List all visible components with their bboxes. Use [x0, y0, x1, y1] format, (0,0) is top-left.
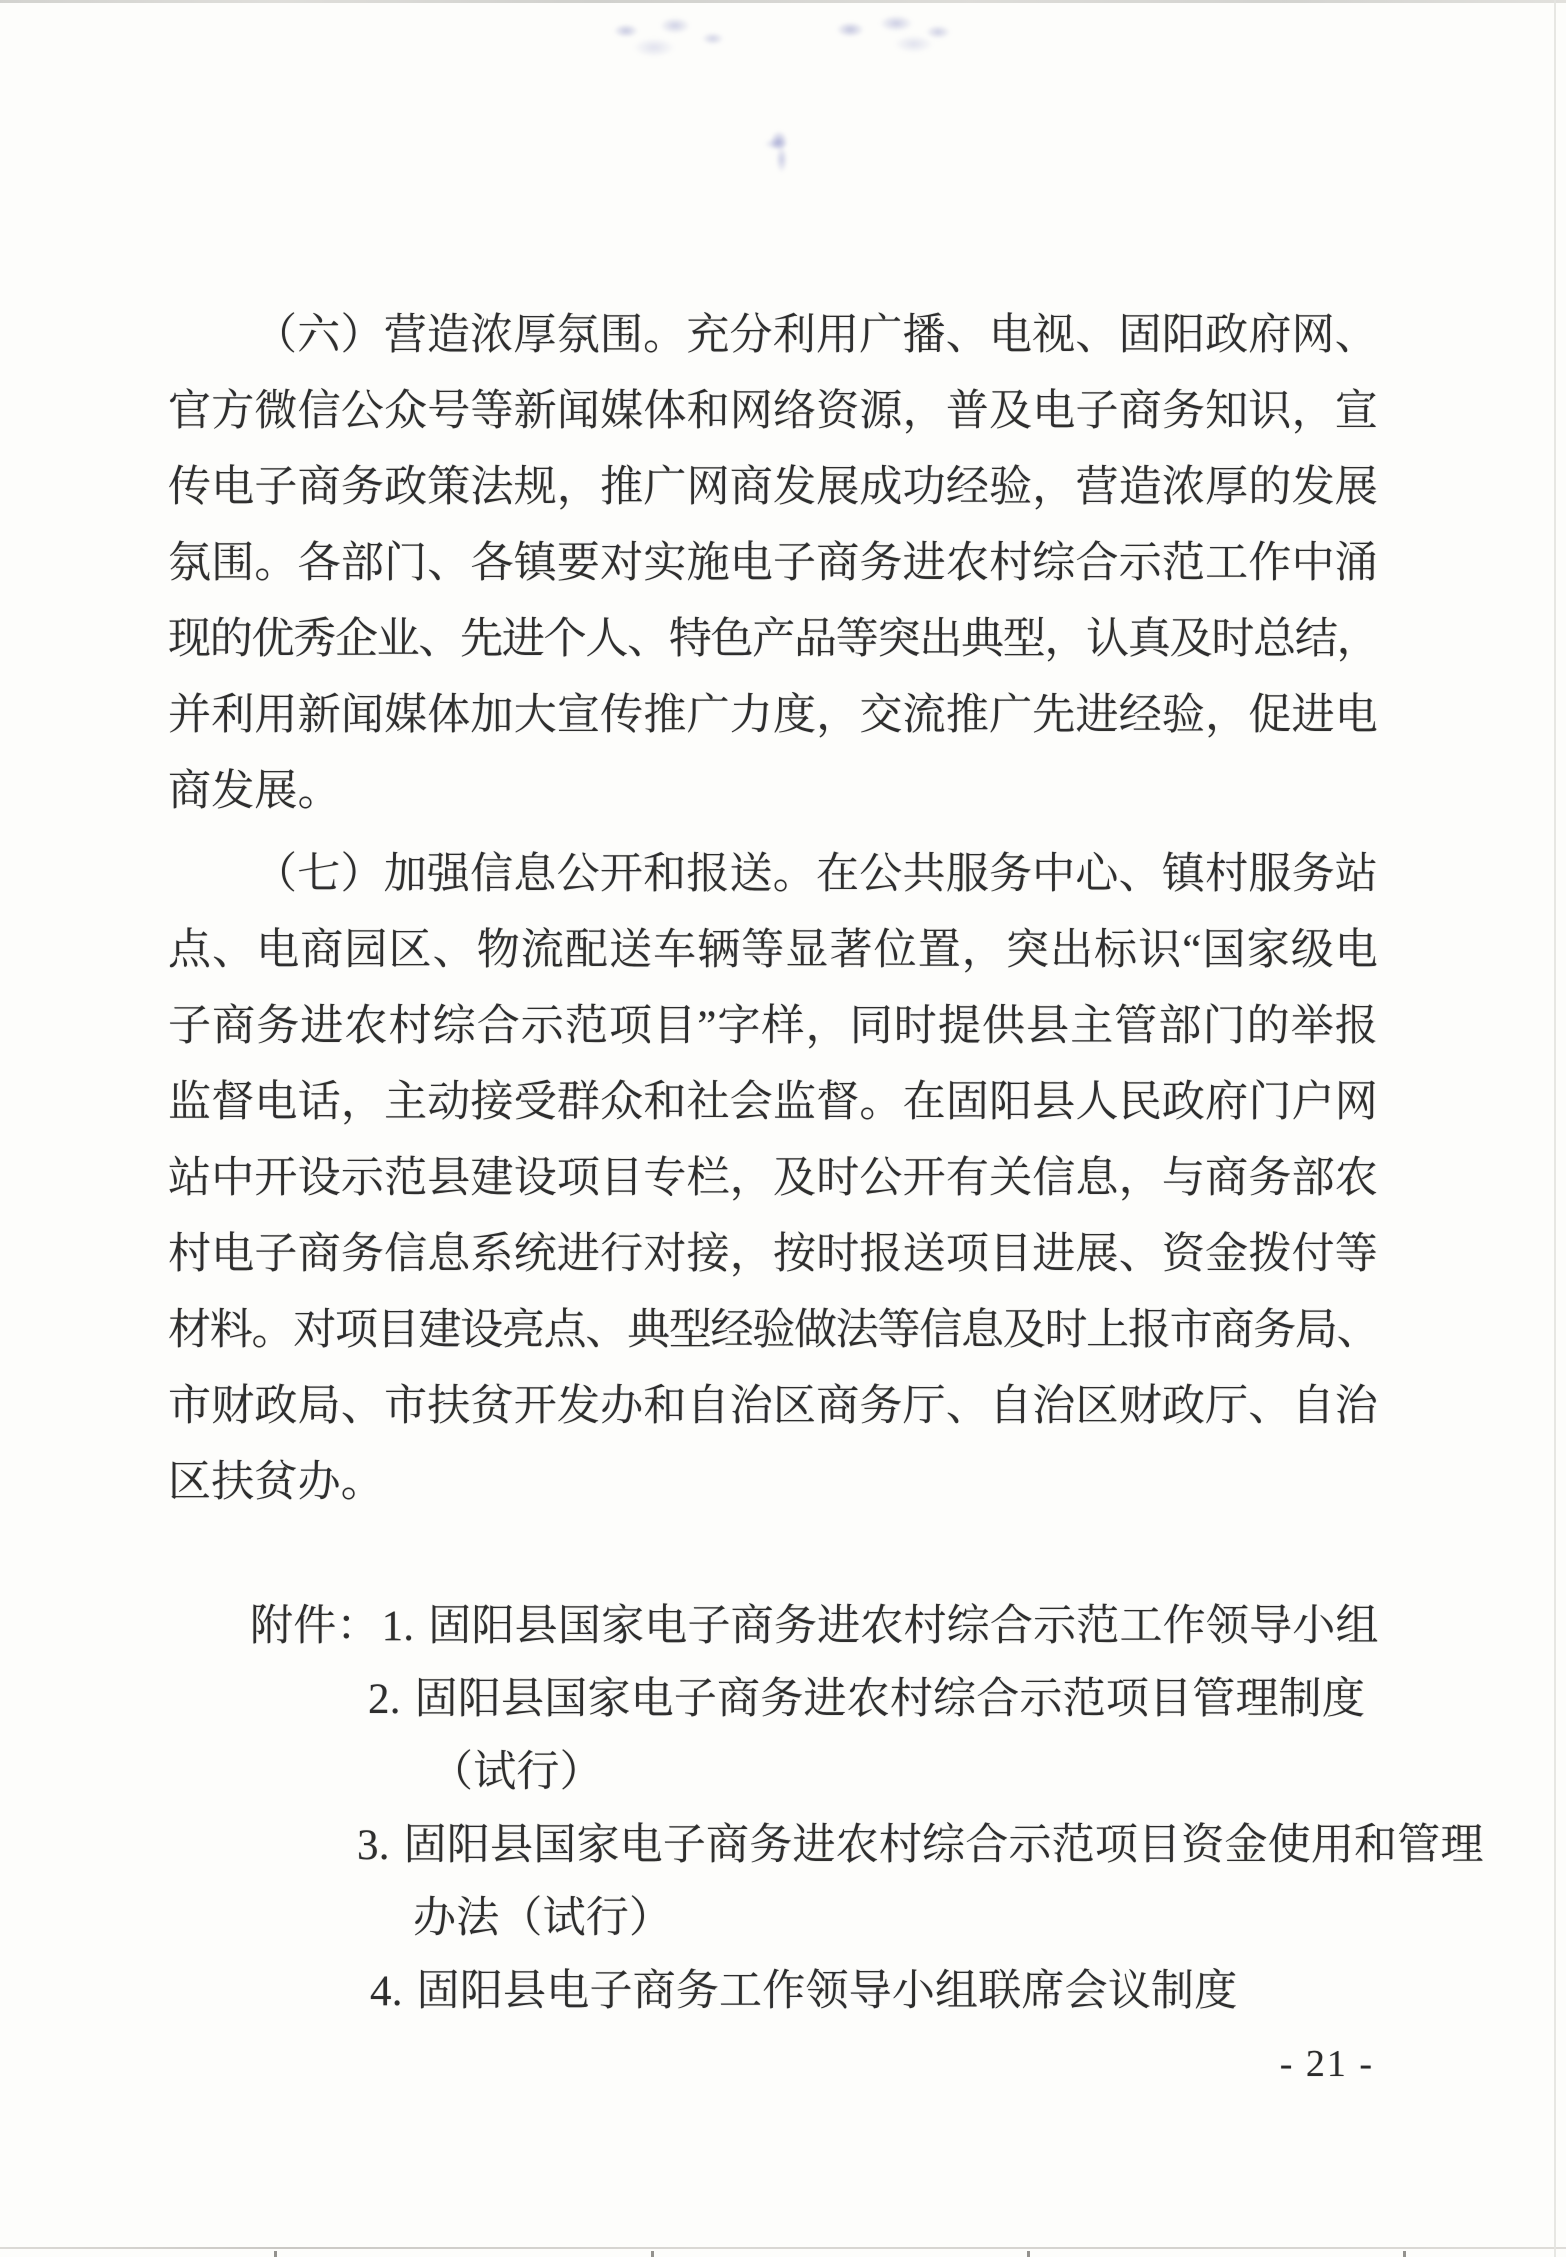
page-number: - 21 -: [1280, 2042, 1374, 2086]
text-line: （六）营造浓厚氛围。充分利用广播、电视、固阳政府网、: [168, 298, 1378, 374]
text-line: 子商务进农村综合示范项目”字样，同时提供县主管部门的举报: [168, 989, 1378, 1065]
attachment-item-2-continuation: （试行）: [430, 1736, 1510, 1809]
text-line: 区扶贫办。: [168, 1445, 1378, 1521]
attachment-text: 固阳县国家电子商务进农村综合示范项目管理制度: [415, 1676, 1365, 1723]
attachment-text: 办法（试行）: [413, 1895, 672, 1942]
text-line: 点、电商园区、物流配送车辆等显著位置，突出标识“国家级电: [168, 913, 1378, 989]
attachment-text: （试行）: [430, 1749, 603, 1796]
scanned-document-page: （六）营造浓厚氛围。充分利用广播、电视、固阳政府网、 官方微信公众号等新闻媒体和…: [0, 0, 1566, 2257]
text-line: 市财政局、市扶贫开发办和自治区商务厅、自治区财政厅、自治: [168, 1369, 1378, 1445]
attachment-item-3-continuation: 办法（试行）: [413, 1882, 1510, 1955]
scan-edge-tick: [274, 2251, 277, 2257]
scan-right-edge-line: [1554, 0, 1556, 2257]
text-line: 监督电话，主动接受群众和社会监督。在固阳县人民政府门户网: [168, 1065, 1378, 1141]
text-line: 村电子商务信息系统进行对接，按时报送项目进展、资金拨付等: [168, 1217, 1378, 1293]
text-line: 传电子商务政策法规，推广网商发展成功经验，营造浓厚的发展: [168, 450, 1378, 526]
paragraph-seven: （七）加强信息公开和报送。在公共服务中心、镇村服务站 点、电商园区、物流配送车辆…: [168, 837, 1378, 1521]
text-line: 材料。对项目建设亮点、典型经验做法等信息及时上报市商务局、: [168, 1293, 1378, 1369]
ink-smudge: [752, 116, 806, 178]
attachment-text: 固阳县国家电子商务进农村综合示范工作领导小组: [428, 1603, 1378, 1650]
scan-bottom-edge-line: [0, 2247, 1566, 2249]
attachments-label: 附件：: [250, 1603, 380, 1650]
scan-edge-tick: [1027, 2251, 1030, 2257]
text-line: 现的优秀企业、先进个人、特色产品等突出典型，认真及时总结，: [168, 602, 1378, 678]
text-line: 商发展。: [168, 754, 1378, 830]
text-line: （七）加强信息公开和报送。在公共服务中心、镇村服务站: [168, 837, 1378, 913]
text-line: 站中开设示范县建设项目专栏，及时公开有关信息，与商务部农: [168, 1141, 1378, 1217]
ink-smudge: [826, 8, 961, 56]
ink-smudge: [598, 10, 738, 62]
scan-top-edge-line: [0, 0, 1566, 3]
attachment-text: 固阳县国家电子商务进农村综合示范项目资金使用和管理: [404, 1822, 1484, 1869]
attachments-block: 附件：1.固阳县国家电子商务进农村综合示范工作领导小组 2.固阳县国家电子商务进…: [250, 1590, 1510, 2028]
scan-edge-tick: [1403, 2251, 1406, 2257]
scan-edge-tick: [651, 2251, 654, 2257]
attachment-number: 1.: [382, 1603, 415, 1650]
text-line: 氛围。各部门、各镇要对实施电子商务进农村综合示范工作中涌: [168, 526, 1378, 602]
attachment-item-2: 2.固阳县国家电子商务进农村综合示范项目管理制度: [368, 1663, 1510, 1736]
attachment-number: 2.: [368, 1676, 401, 1723]
attachment-number: 4.: [370, 1968, 403, 2015]
text-line: 并利用新闻媒体加大宣传推广力度，交流推广先进经验，促进电: [168, 678, 1378, 754]
attachment-item-4: 4.固阳县电子商务工作领导小组联席会议制度: [370, 1955, 1510, 2028]
attachment-item-3: 3.固阳县国家电子商务进农村综合示范项目资金使用和管理: [357, 1809, 1510, 1882]
attachment-text: 固阳县电子商务工作领导小组联席会议制度: [417, 1968, 1238, 2015]
text-line: 官方微信公众号等新闻媒体和网络资源，普及电子商务知识，宣: [168, 374, 1378, 450]
paragraph-six: （六）营造浓厚氛围。充分利用广播、电视、固阳政府网、 官方微信公众号等新闻媒体和…: [168, 298, 1378, 830]
attachment-number: 3.: [357, 1822, 390, 1869]
attachment-item-1: 附件：1.固阳县国家电子商务进农村综合示范工作领导小组: [250, 1590, 1510, 1663]
